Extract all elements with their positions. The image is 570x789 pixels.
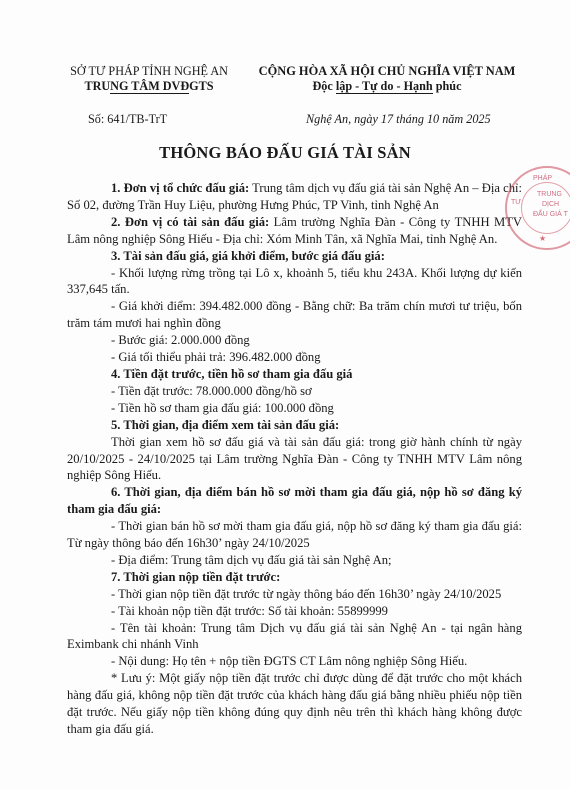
- section-7-heading: 7. Thời gian nộp tiền đặt trước:: [67, 569, 522, 586]
- section-2: 2. Đơn vị có tài sản đấu giá: Lâm trường…: [67, 214, 522, 248]
- section-6-item: - Thời gian bán hồ sơ mời tham gia đấu g…: [67, 518, 522, 552]
- section-5-heading: 5. Thời gian, địa điểm xem tài sản đấu g…: [67, 417, 522, 434]
- stamp-line-3: ĐẤU GIÁ T: [533, 210, 570, 219]
- section-3-item: - Bước giá: 2.000.000 đồng: [67, 332, 522, 349]
- document-body: 1. Đơn vị tổ chức đấu giá: Trung tâm dịc…: [67, 180, 522, 738]
- national-motto: Độc lập - Tự do - Hạnh phúc: [242, 79, 532, 94]
- national-header: CỘNG HÒA XÃ HỘI CHỦ NGHĨA VIỆT NAM Độc l…: [242, 64, 532, 94]
- section-4-item: - Tiền hồ sơ tham gia đấu giá: 100.000 đ…: [67, 400, 522, 417]
- section-3-item: - Khối lượng rừng trồng tại Lô x, khoảnh…: [67, 265, 522, 299]
- section-3-item: - Giá tối thiểu phải trả: 396.482.000 đồ…: [67, 349, 522, 366]
- section-7-item: - Tên tài khoản: Trung tâm Dịch vụ đấu g…: [67, 620, 522, 654]
- note-paragraph: * Lưu ý: Một giấy nộp tiền đặt trước chỉ…: [67, 670, 522, 738]
- center-name: TRUNG TÂM DVĐGTS: [59, 79, 239, 94]
- section-7-item: - Thời gian nộp tiền đặt trước từ ngày t…: [67, 586, 522, 603]
- section-6-item: - Địa điểm: Trung tâm dịch vụ đấu giá tà…: [67, 552, 522, 569]
- department-name: SỞ TƯ PHÁP TỈNH NGHỆ AN: [59, 64, 239, 79]
- document-number: Số: 641/TB-TrT: [88, 112, 167, 127]
- section-4-heading: 4. Tiền đặt trước, tiền hồ sơ tham gia đ…: [67, 366, 522, 383]
- section-6-heading: 6. Thời gian, địa điểm bán hồ sơ mời tha…: [67, 484, 522, 518]
- issuing-agency-header: SỞ TƯ PHÁP TỈNH NGHỆ AN TRUNG TÂM DVĐGTS: [59, 64, 239, 94]
- section-7-item: - Tài khoản nộp tiền đặt trước: Số tài k…: [67, 603, 522, 620]
- section-2-heading: 2. Đơn vị có tài sản đấu giá:: [111, 215, 269, 229]
- national-title: CỘNG HÒA XÃ HỘI CHỦ NGHĨA VIỆT NAM: [242, 64, 532, 79]
- section-3-heading: 3. Tài sản đấu giá, giá khởi điểm, bước …: [67, 248, 522, 265]
- section-3-item: - Giá khởi điểm: 394.482.000 đồng - Bằng…: [67, 298, 522, 332]
- stamp-line-1: TRUNG: [537, 190, 570, 199]
- star-icon: ★: [539, 234, 546, 243]
- date-line: Nghệ An, ngày 17 tháng 10 năm 2025: [306, 112, 491, 127]
- stamp-line-2: DỊCH: [542, 200, 570, 209]
- section-5-text: Thời gian xem hồ sơ đấu giá và tài sản đ…: [67, 434, 522, 485]
- document-title: THÔNG BÁO ĐẤU GIÁ TÀI SẢN: [0, 143, 570, 163]
- section-1: 1. Đơn vị tổ chức đấu giá: Trung tâm dịc…: [67, 180, 522, 214]
- stamp-arc-text: PHÁP: [533, 174, 570, 183]
- section-1-heading: 1. Đơn vị tổ chức đấu giá:: [111, 181, 249, 195]
- document-page: SỞ TƯ PHÁP TỈNH NGHỆ AN TRUNG TÂM DVĐGTS…: [0, 0, 570, 789]
- section-4-item: - Tiền đặt trước: 78.000.000 đồng/hồ sơ: [67, 383, 522, 400]
- section-7-item: - Nội dung: Họ tên + nộp tiền ĐGTS CT Lâ…: [67, 653, 522, 670]
